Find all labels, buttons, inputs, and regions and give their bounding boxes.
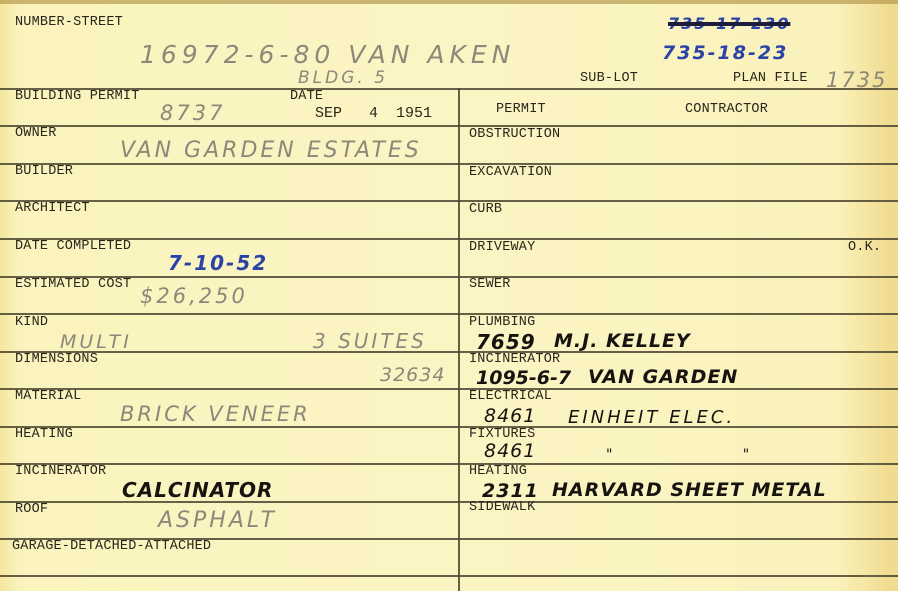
dimensions-value: 32634 [380,364,445,386]
heating-permit-label: HEATING [469,464,527,479]
parcel-number: 735-18-23 [662,42,788,64]
sub-lot-label: SUB-LOT [580,71,638,86]
architect-label: ARCHITECT [15,201,90,216]
permit-column-header: PERMIT [496,102,546,117]
plan-file-label: PLAN FILE [733,71,808,86]
heating-label: HEATING [15,427,73,442]
parcel-crossed-out: 735-17-230 [668,14,790,33]
builder-label: BUILDER [15,164,73,179]
rule [0,351,898,353]
roof-label: ROOF [15,502,48,517]
rule [0,276,898,278]
roof-value: ASPHALT [158,508,277,533]
building-permit-label: BUILDING PERMIT [15,89,140,104]
building-note: BLDG. 5 [298,68,388,88]
rule [0,463,898,465]
estimated-cost-label: ESTIMATED COST [15,277,131,292]
plumbing-permit: 7659 [476,330,536,354]
garage-label: GARAGE-DETACHED-ATTACHED [12,539,211,554]
number-street-label: NUMBER-STREET [15,15,123,30]
building-permit-value: 8737 [160,101,225,125]
curb-label: CURB [469,202,502,217]
building-permit-card: NUMBER-STREET 16972-6-80 VAN AKEN BLDG. … [0,0,898,591]
kind-value: MULTI [60,331,132,353]
rule [0,575,898,577]
plan-file-value: 1735 [826,68,887,92]
kind-suites-value: 3 SUITES [313,329,427,353]
incinerator-permit-label: INCINERATOR [469,352,560,367]
dimensions-label: DIMENSIONS [15,352,98,367]
date-label: DATE [290,89,323,104]
obstruction-label: OBSTRUCTION [469,127,560,142]
kind-label: KIND [15,315,48,330]
incinerator-permit: 1095-6-7 [476,367,571,389]
plumbing-label: PLUMBING [469,315,535,330]
driveway-status: O.K. [848,240,881,255]
owner-value: VAN GARDEN ESTATES [120,138,422,163]
fixtures-permit: 8461 [484,440,536,462]
rule [0,238,898,240]
contractor-column-header: CONTRACTOR [685,102,768,117]
material-label: MATERIAL [15,389,81,404]
owner-label: OWNER [15,126,57,141]
rule [0,200,898,202]
material-value: BRICK VENEER [120,402,311,426]
estimated-cost-value: $26,250 [140,284,248,308]
address-value: 16972-6-80 VAN AKEN [140,40,515,69]
sewer-label: SEWER [469,277,511,292]
rule [0,163,898,165]
date-value: SEP 4 1951 [315,105,432,122]
rule [0,125,898,127]
rule [0,388,898,390]
rule [0,313,898,315]
electrical-label: ELECTRICAL [469,389,552,404]
plumbing-contractor: M.J. KELLEY [554,330,691,352]
heating-permit: 2311 [482,480,539,502]
date-completed-label: DATE COMPLETED [15,239,131,254]
fixtures-contractor-ditto: " " [606,447,767,463]
electrical-contractor: EINHEIT ELEC. [568,407,735,428]
heating-contractor: HARVARD SHEET METAL [552,479,827,501]
column-divider [458,88,460,591]
rule [0,426,898,428]
incinerator-label: INCINERATOR [15,464,106,479]
driveway-label: DRIVEWAY [469,240,535,255]
excavation-label: EXCAVATION [469,165,552,180]
sidewalk-label: SIDEWALK [469,500,535,515]
incinerator-value: CALCINATOR [122,478,273,502]
incinerator-contractor: VAN GARDEN [588,366,738,388]
date-completed-value: 7-10-52 [168,251,268,275]
electrical-permit: 8461 [484,405,536,427]
